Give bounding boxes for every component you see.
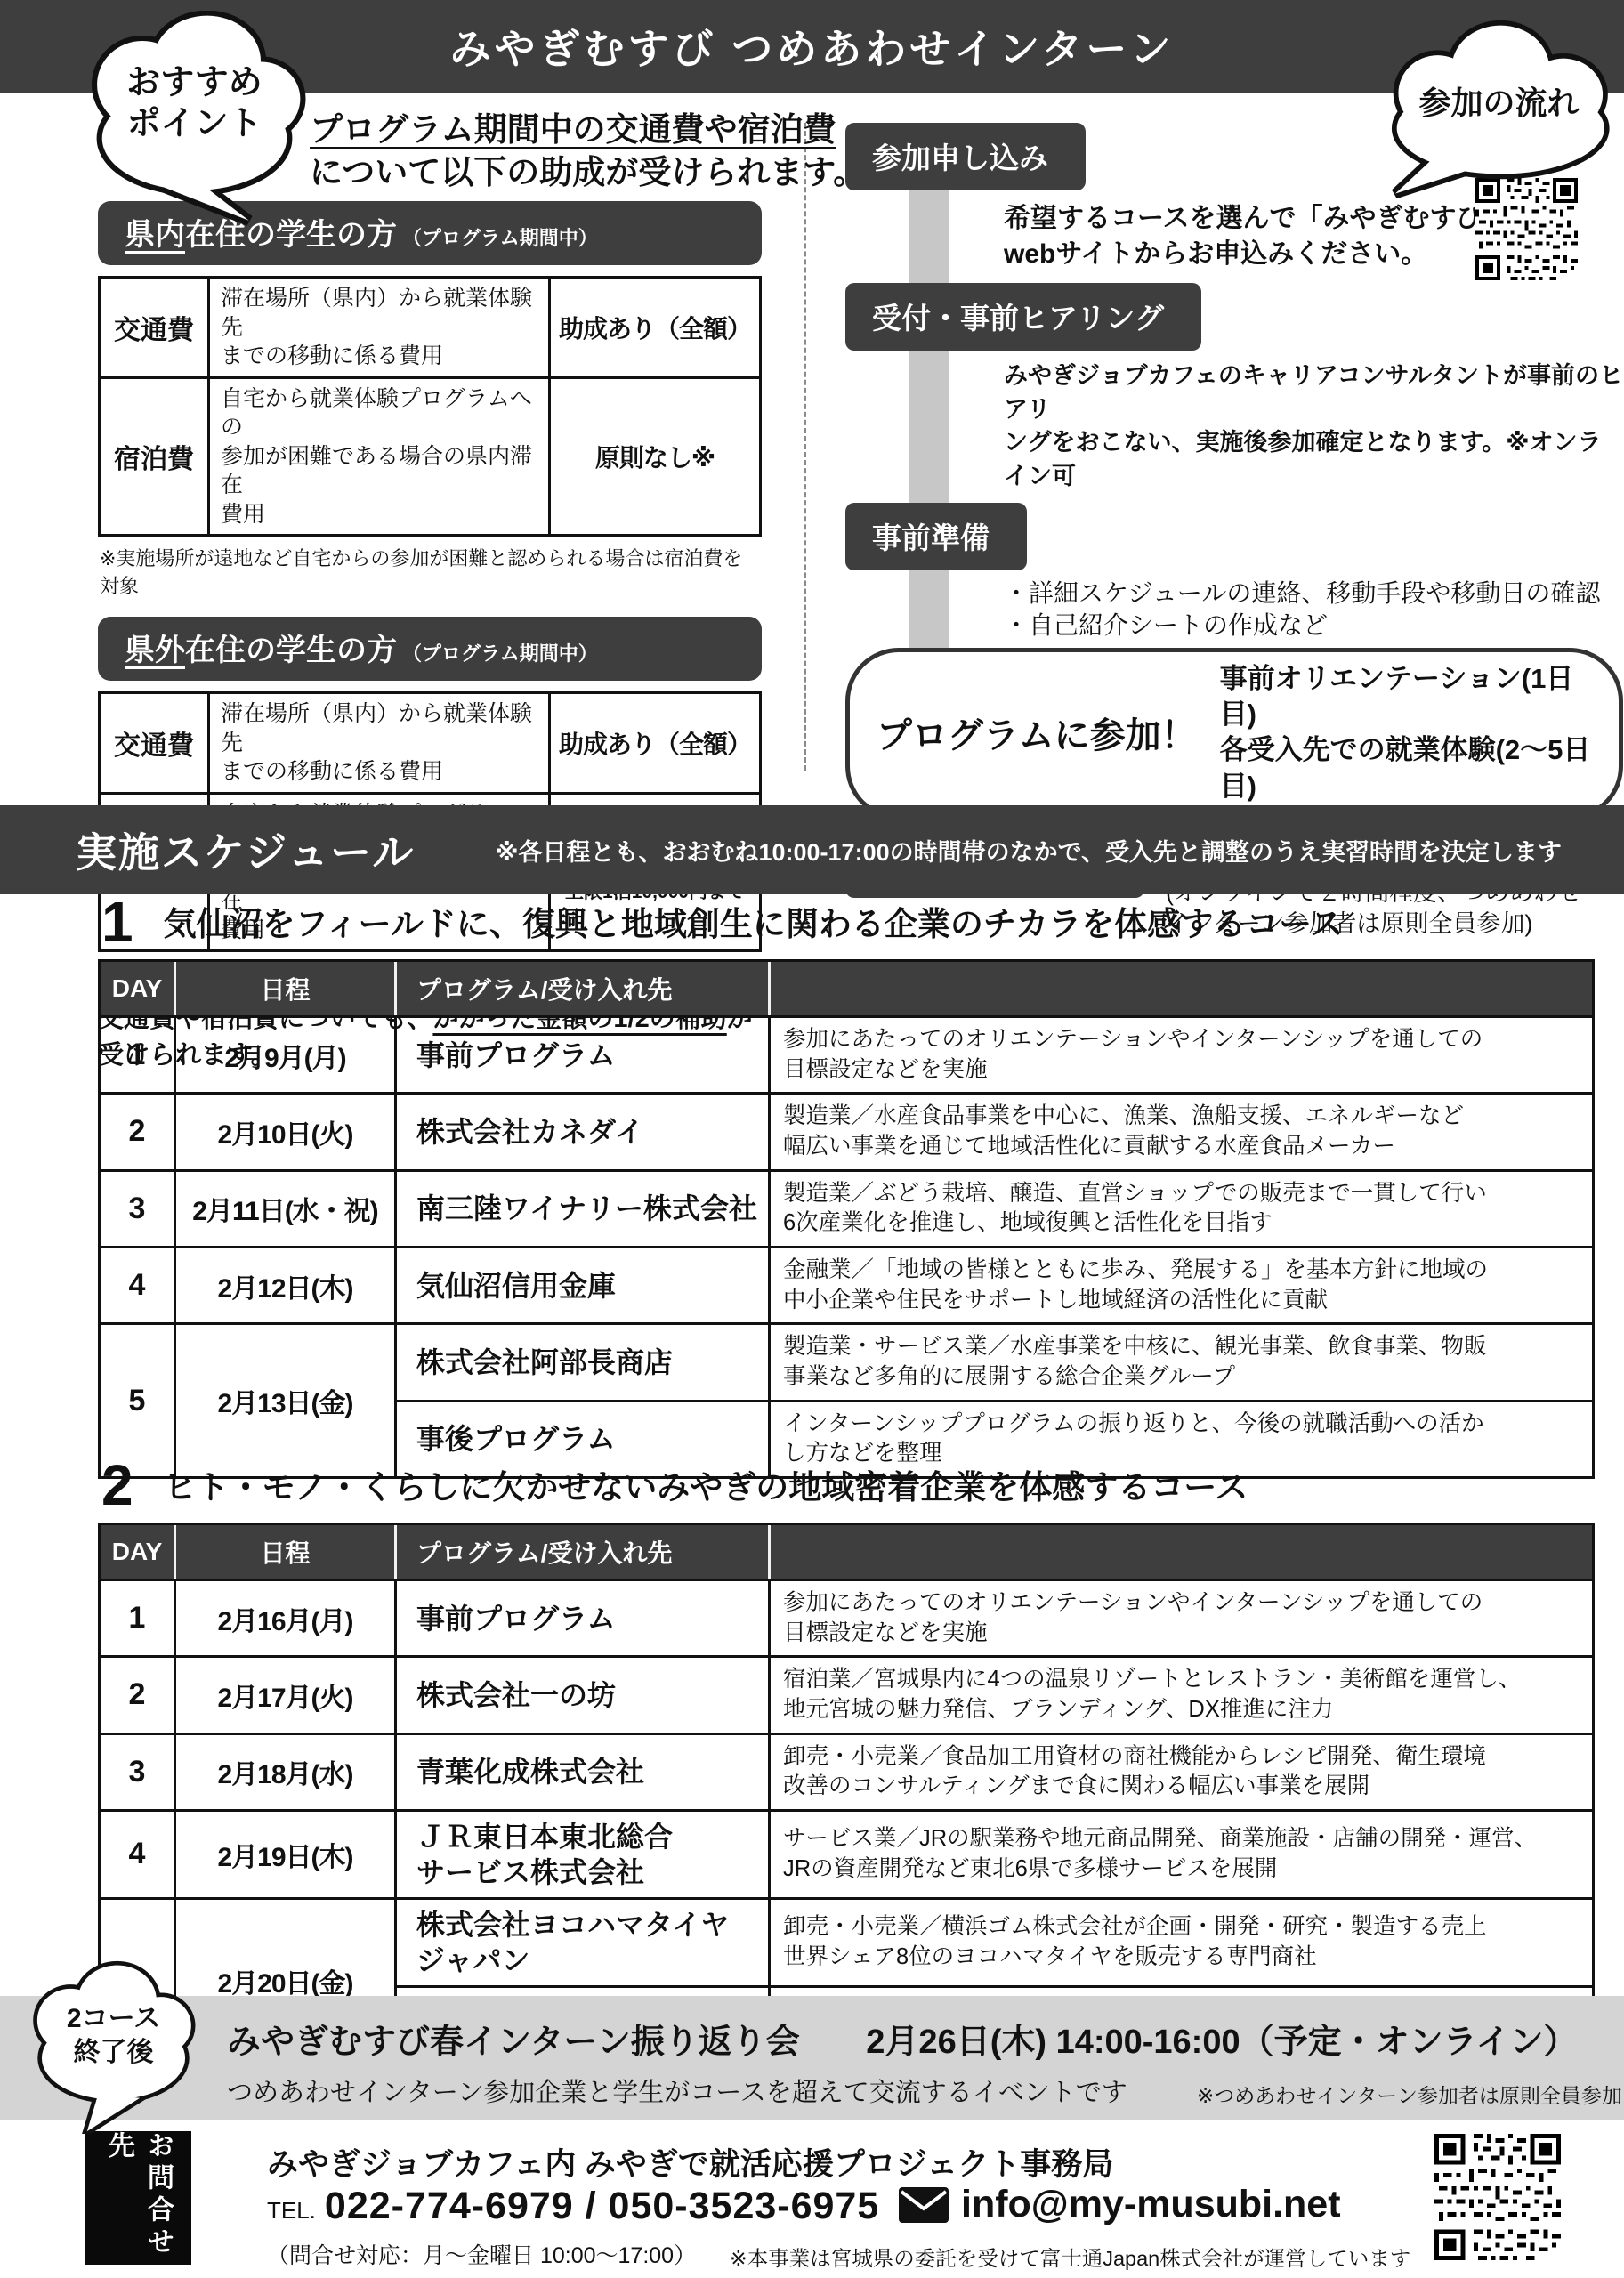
course-number: 1	[101, 897, 133, 949]
column-divider	[804, 123, 806, 771]
desc-cell: サービス業／JRの駅業務や地元商品開発、商業施設・店舗の開発・運営、 JRの資産…	[770, 1810, 1594, 1898]
table-header-row: DAY 日程 プログラム/受け入れ先	[100, 961, 1594, 1017]
program-cell: 気仙沼信用金庫	[396, 1247, 770, 1323]
table-row: 交通費 滞在場所（県内）から就業体験先 までの移動に係る費用 助成あり（全額）	[100, 278, 761, 378]
program-cell: 南三陸ワイナリー株式会社	[396, 1170, 770, 1247]
desc-cell: 金融業／「地域の皆様とともに歩み、発展する」を基本方針に地域の 中小企業や住民を…	[770, 1247, 1594, 1323]
day-cell: 2	[100, 1094, 175, 1170]
col-desc	[770, 961, 1594, 1017]
closing-event-note: ※つめあわせインターン参加者は原則全員参加	[1197, 2080, 1622, 2109]
cost-desc: 滞在場所（県内）から就業体験先 までの移動に係る費用	[209, 693, 550, 794]
day-cell: 3	[100, 1733, 175, 1810]
day-cell: 3	[100, 1170, 175, 1247]
cost-label: 交通費	[100, 693, 209, 794]
desc-cell: 製造業／ぶどう栽培、醸造、直営ショップでの販売まで一貫して行い 6次産業化を推進…	[770, 1170, 1594, 1247]
table-row: 1 2月16月(月) 事前プログラム 参加にあたってのオリエンテーションやインタ…	[100, 1580, 1594, 1657]
closing-event-desc: つめあわせインターン参加企業と学生がコースを超えて交流するイベントです	[227, 2072, 1127, 2109]
desc-cell: 製造業・サービス業／水産事業を中核に、観光事業、飲食事業、物販 事業など多角的に…	[770, 1324, 1594, 1401]
program-cell: 株式会社ヨコハマタイヤ ジャパン	[396, 1898, 770, 1986]
in-pref-header-paren: （プログラム期間中）	[402, 227, 598, 249]
course-2-section: 2 ヒト・モノ・くらしに欠かせないみやぎの地域密着企業を体感するコース DAY …	[98, 1460, 1595, 2064]
contact-label: お問合せ先	[85, 2131, 191, 2265]
in-pref-note: ※実施場所が遠地など自宅からの参加が困難と認められる場合は宿泊費を対象	[100, 544, 762, 599]
date-cell: 2月11日(水・祝)	[175, 1170, 396, 1247]
schedule-title: 実施スケジュール	[76, 820, 415, 879]
flow-step-apply: 参加申し込み	[845, 123, 1086, 190]
flyer-page: みやぎむすび つめあわせインターン おすすめ ポイント プログラム期間中の交通費…	[0, 0, 1624, 2278]
table-row: 3 2月18月(水) 青葉化成株式会社 卸売・小売業／食品加工用資材の商社機能か…	[100, 1733, 1594, 1810]
col-program: プログラム/受け入れ先	[396, 961, 770, 1017]
table-row: 5 2月20日(金) 株式会社ヨコハマタイヤ ジャパン 卸売・小売業／横浜ゴム株…	[100, 1898, 1594, 1986]
program-cell: 事前プログラム	[396, 1017, 770, 1094]
desc-cell: 製造業／水産食品事業を中心に、漁業、漁船支援、エネルギーなど 幅広い事業を通じて…	[770, 1094, 1594, 1170]
table-row: 2 2月10日(火) 株式会社カネダイ 製造業／水産食品事業を中心に、漁業、漁船…	[100, 1094, 1594, 1170]
date-cell: 2月9月(月)	[175, 1017, 396, 1094]
participate-label: プログラムに参加！	[877, 707, 1197, 758]
table-row: 4 2月12日(木) 気仙沼信用金庫 金融業／「地域の皆様とともに歩み、発展する…	[100, 1247, 1594, 1323]
tel-prefix: TEL.	[267, 2197, 316, 2225]
contact-note: ※本事業は宮城県の委託を受けて富士通Japan株式会社が運営しています	[730, 2242, 1410, 2272]
program-cell: 株式会社カネダイ	[396, 1094, 770, 1170]
flow-arrow	[909, 178, 949, 685]
table-row: 4 2月19日(木) ＪＲ東日本東北総合 サービス株式会社 サービス業／JRの駅…	[100, 1810, 1594, 1898]
course-1-heading: 1 気仙沼をフィールドに、復興と地域創生に関わる企業のチカラを体感するコース	[101, 897, 1595, 949]
program-cell: 事前プログラム	[396, 1580, 770, 1657]
cost-result: 助成あり（全額）	[550, 278, 761, 378]
cost-desc: 自宅から就業体験プログラムへの 参加が困難である場合の県内滞在 費用	[209, 377, 550, 536]
table-row: 2 2月17月(火) 株式会社一の坊 宿泊業／宮城県内に4つの温泉リゾートとレス…	[100, 1657, 1594, 1733]
participate-detail: 事前オリエンテーション(1日目) 各受入先での就業体験(2～5日目)	[1220, 661, 1597, 804]
cost-desc: 滞在場所（県内）から就業体験先 までの移動に係る費用	[209, 278, 550, 378]
date-cell: 2月19日(木)	[175, 1810, 396, 1898]
participate-callout: プログラムに参加！ 事前オリエンテーション(1日目) 各受入先での就業体験(2～…	[845, 648, 1623, 820]
contact-email-row: info@my-musubi.net	[899, 2183, 1341, 2226]
participate-line: 事前オリエンテーション(1日目)	[1220, 661, 1597, 733]
desc-cell: 参加にあたってのオリエンテーションやインターンシップを通しての 目標設定などを実…	[770, 1580, 1594, 1657]
closing-event-band: みやぎむすび春インターン振り返り会 2月26日(木) 14:00-16:00（予…	[0, 1996, 1624, 2120]
out-pref-header-paren: （プログラム期間中）	[402, 642, 598, 665]
course-number: 2	[101, 1460, 133, 1512]
flow-step-prep: 事前準備	[845, 503, 1027, 570]
date-cell: 2月10日(火)	[175, 1094, 396, 1170]
day-cell: 1	[100, 1580, 175, 1657]
in-pref-subsidy-table: 交通費 滞在場所（県内）から就業体験先 までの移動に係る費用 助成あり（全額） …	[98, 276, 762, 537]
closing-event-datetime: 2月26日(木) 14:00-16:00（予定・オンライン）	[866, 2024, 1577, 2061]
out-pref-header: 県外在住の学生の方（プログラム期間中）	[98, 617, 762, 681]
subsidy-intro: プログラム期間中の交通費や宿泊費 について以下の助成が受けられます。	[310, 109, 866, 194]
course-1-table: DAY 日程 プログラム/受け入れ先 1 2月9月(月) 事前プログラム 参加に…	[98, 959, 1595, 1479]
participate-line: 各受入先での就業体験(2～5日目)	[1220, 732, 1597, 804]
table-row: 宿泊費 自宅から就業体験プログラムへの 参加が困難である場合の県内滞在 費用 原…	[100, 377, 761, 536]
contact-email[interactable]: info@my-musubi.net	[961, 2183, 1341, 2226]
course-title: 気仙沼をフィールドに、復興と地域創生に関わる企業のチカラを体感するコース	[164, 897, 1344, 949]
day-cell: 2	[100, 1657, 175, 1733]
contact-org: みやぎジョブカフェ内 みやぎで就活応援プロジェクト事務局	[267, 2140, 1113, 2185]
participation-flow-bubble: 参加の流れ	[1381, 14, 1617, 199]
col-date: 日程	[175, 961, 396, 1017]
col-day: DAY	[100, 1524, 175, 1580]
col-date: 日程	[175, 1524, 396, 1580]
day-cell: 4	[100, 1247, 175, 1323]
cost-result: 助成あり（全額）	[550, 693, 761, 794]
participation-flow-label: 参加の流れ	[1381, 14, 1617, 124]
intro-line2: について以下の助成が受けられます。	[310, 154, 866, 190]
table-row: 5 2月13日(金) 株式会社阿部長商店 製造業・サービス業／水産事業を中核に、…	[100, 1324, 1594, 1401]
flow-step-hearing: 受付・事前ヒアリング	[845, 283, 1201, 351]
flow-step-prep-bullets: ・詳細スケジュールの連絡、移動手段や移動日の確認 ・自己紹介シートの作成など	[1004, 578, 1624, 642]
col-program: プログラム/受け入れ先	[396, 1524, 770, 1580]
table-row: 1 2月9月(月) 事前プログラム 参加にあたってのオリエンテーションやインター…	[100, 1017, 1594, 1094]
out-pref-header-rest: 在住の学生の方	[185, 634, 397, 667]
desc-cell: 宿泊業／宮城県内に4つの温泉リゾートとレストラン・美術館を運営し、 地元宮城の魅…	[770, 1657, 1594, 1733]
schedule-note: ※各日程とも、おおむね10:00-17:00の時間帯のなかで、受入先と調整のうえ…	[495, 833, 1562, 868]
schedule-bar: 実施スケジュール ※各日程とも、おおむね10:00-17:00の時間帯のなかで、…	[0, 805, 1624, 894]
contact-footer: お問合せ先 みやぎジョブカフェ内 みやぎで就活応援プロジェクト事務局 TEL. …	[0, 2120, 1624, 2278]
date-cell: 2月17月(火)	[175, 1657, 396, 1733]
desc-cell: 卸売・小売業／食品加工用資材の商社機能からレシピ開発、衛生環境 改善のコンサルテ…	[770, 1733, 1594, 1810]
col-day: DAY	[100, 961, 175, 1017]
page-title: みやぎむすび つめあわせインターン	[449, 17, 1174, 76]
day-cell: 4	[100, 1810, 175, 1898]
date-cell: 2月12日(木)	[175, 1247, 396, 1323]
flow-step-hearing-desc: みやぎジョブカフェのキャリアコンサルタントが事前のヒアリ ングをおこない、実施後…	[1004, 359, 1624, 494]
table-row: 3 2月11日(水・祝) 南三陸ワイナリー株式会社 製造業／ぶどう栽培、醸造、直…	[100, 1170, 1594, 1247]
tel-number: 022-774-6979 / 050-3523-6975	[325, 2185, 879, 2228]
cost-label: 交通費	[100, 278, 209, 378]
contact-tel-row: TEL. 022-774-6979 / 050-3523-6975	[267, 2185, 879, 2228]
qr-code	[1434, 2134, 1561, 2260]
after-courses-bubble: 2コース 終了後	[27, 1956, 200, 2134]
intro-line1: プログラム期間中の交通費や宿泊費	[310, 111, 836, 148]
program-cell: 青葉化成株式会社	[396, 1733, 770, 1810]
course-2-table: DAY 日程 プログラム/受け入れ先 1 2月16月(月) 事前プログラム 参加…	[98, 1523, 1595, 2064]
table-row: 交通費 滞在場所（県内）から就業体験先 までの移動に係る費用 助成あり（全額）	[100, 693, 761, 794]
recommended-points-bubble: おすすめ ポイント	[77, 11, 312, 233]
contact-hours: （問合せ対応：月～金曜日 10:00～17:00）	[267, 2238, 696, 2270]
cost-label: 宿泊費	[100, 377, 209, 536]
closing-event-title-row: みやぎむすび春インターン振り返り会 2月26日(木) 14:00-16:00（予…	[227, 2014, 1577, 2063]
table-header-row: DAY 日程 プログラム/受け入れ先	[100, 1524, 1594, 1580]
date-cell: 2月16月(月)	[175, 1580, 396, 1657]
date-cell: 2月18月(水)	[175, 1733, 396, 1810]
after-courses-label: 2コース 終了後	[27, 1956, 200, 2069]
desc-cell: 参加にあたってのオリエンテーションやインターンシップを通しての 目標設定などを実…	[770, 1017, 1594, 1094]
program-cell: 株式会社一の坊	[396, 1657, 770, 1733]
date-cell: 2月13日(金)	[175, 1324, 396, 1478]
cost-result: 原則なし※	[550, 377, 761, 536]
course-2-heading: 2 ヒト・モノ・くらしに欠かせないみやぎの地域密着企業を体感するコース	[101, 1460, 1595, 1512]
program-cell: ＪＲ東日本東北総合 サービス株式会社	[396, 1810, 770, 1898]
col-desc	[770, 1524, 1594, 1580]
envelope-icon	[899, 2187, 949, 2223]
course-title: ヒト・モノ・くらしに欠かせないみやぎの地域密着企業を体感するコース	[164, 1460, 1248, 1512]
prep-bullet: ・自己紹介シートの作成など	[1004, 610, 1624, 642]
prep-bullet: ・詳細スケジュールの連絡、移動手段や移動日の確認	[1004, 578, 1624, 610]
recommended-points-label: おすすめ ポイント	[77, 11, 312, 145]
closing-event-title: みやぎむすび春インターン振り返り会	[227, 2024, 800, 2061]
desc-cell: 卸売・小売業／横浜ゴム株式会社が企画・開発・研究・製造する売上 世界シェア8位の…	[770, 1898, 1594, 1986]
day-cell: 1	[100, 1017, 175, 1094]
out-pref-header-underline: 県外	[125, 634, 185, 667]
program-cell: 株式会社阿部長商店	[396, 1324, 770, 1401]
course-1-section: 1 気仙沼をフィールドに、復興と地域創生に関わる企業のチカラを体感するコース D…	[98, 897, 1595, 1479]
